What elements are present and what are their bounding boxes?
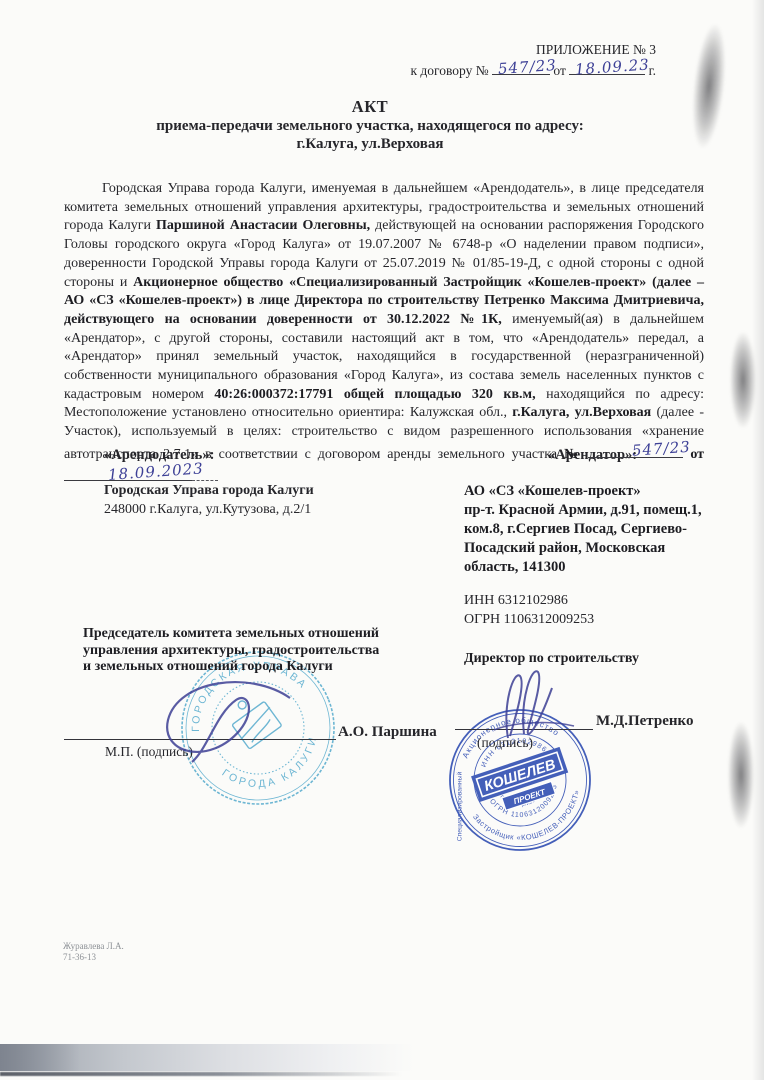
scanned-document-page: { "header": { "appendix": "ПРИЛОЖЕНИЕ № … xyxy=(0,0,764,1080)
landlord-position-line1: Председатель комитета земельных отношени… xyxy=(83,626,443,643)
tenant-inn: ИНН 6312102986 xyxy=(464,591,568,610)
body-run-5-cadastre: 40:26:000372:17791 общей площадью 320 кв… xyxy=(214,387,535,402)
landlord-position-line2: управления архитектуры, градостроительст… xyxy=(83,643,443,660)
body-contract-date-blank: 18.09.2023 xyxy=(64,465,192,481)
contract-date-handwritten: 18.09.23 xyxy=(575,55,651,79)
contract-reference-line: к договору № 547/23 от 18.09.23 г. xyxy=(411,59,657,80)
tenant-address-line1: пр-т. Красной Армии, д.91, помещ.1, xyxy=(464,501,714,520)
tenant-signer-name: М.Д.Петренко xyxy=(596,713,693,730)
contract-prefix: к договору № xyxy=(411,63,489,78)
body-run-7-address: г.Калуга, ул.Верховая xyxy=(512,405,651,420)
contract-number-handwritten: 547/23 xyxy=(497,56,557,79)
tenant-details: АО «СЗ «Кошелев-проект» пр-т. Красной Ар… xyxy=(464,482,714,577)
body-run-1-landlord-signer: Паршиной Анастасии Олеговны, xyxy=(156,218,370,233)
landlord-handwritten-signature xyxy=(150,668,330,778)
appendix-block: ПРИЛОЖЕНИЕ № 3 к договору № 547/23 от 18… xyxy=(411,40,657,80)
title-subject: приема-передачи земельного участка, нахо… xyxy=(0,117,740,136)
executor-name: Журавлева Л.А. xyxy=(63,941,124,952)
title-address: г.Калуга, ул.Верховая xyxy=(0,135,740,154)
contract-number-blank: 547/23 xyxy=(492,59,550,75)
tenant-address-line2: ком.8, г.Сергиев Посад, Сергиево- xyxy=(464,520,714,539)
body-contract-number-handwritten: 547/23 xyxy=(594,438,692,463)
scan-smudge-lower-right xyxy=(728,722,754,828)
scan-bottom-edge-line xyxy=(0,1072,402,1076)
scan-right-edge-shadow xyxy=(752,0,764,1080)
tenant-ogrn: ОГРН 1106312009253 xyxy=(464,610,594,629)
tenant-handwritten-signature xyxy=(480,660,590,745)
title-act: АКТ xyxy=(0,98,740,117)
body-contract-number-blank: 547/23 xyxy=(588,442,683,458)
body-ot-label: от xyxy=(690,447,704,462)
executor-phone: 71-36-13 xyxy=(63,952,124,963)
contract-date-blank: 18.09.23 xyxy=(569,59,645,75)
number-sign: № xyxy=(564,447,582,462)
landlord-signer-name: А.О. Паршина xyxy=(338,724,437,741)
document-title: АКТ приема-передачи земельного участка, … xyxy=(0,98,740,154)
landlord-address: 248000 г.Калуга, ул.Кутузова, д.2/1 xyxy=(104,501,434,520)
appendix-label: ПРИЛОЖЕНИЕ № 3 xyxy=(411,40,657,59)
executor-block: Журавлева Л.А. 71-36-13 xyxy=(63,941,124,963)
koshelev-stamp-outer-left-text: Специализированный xyxy=(455,772,463,842)
tenant-address-line3: Посадский район, Московская xyxy=(464,539,714,558)
scan-bottom-corner-shadow xyxy=(0,1044,80,1071)
body-contract-date-handwritten: 18.09.2023 xyxy=(70,459,205,487)
landlord-details: Городская Управа города Калуги 248000 г.… xyxy=(104,482,434,519)
tenant-address-line4: область, 141300 xyxy=(464,558,714,577)
body-paragraph: Городская Управа города Калуги, именуема… xyxy=(64,180,704,487)
